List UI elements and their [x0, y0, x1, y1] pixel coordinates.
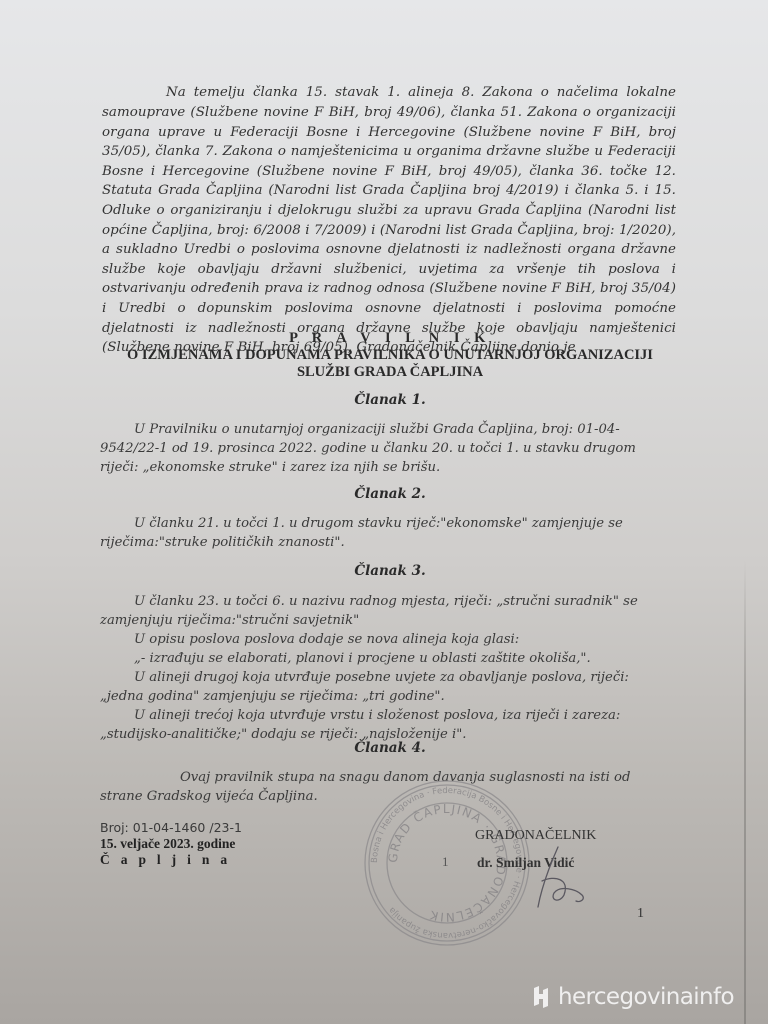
article-3-line: „- izrađuju se elaborati, planovi i proc…	[100, 649, 678, 668]
reference-number: Broj: 01-04-1460 /23-1	[100, 820, 242, 836]
signatory-title: GRADONAČELNIK	[475, 828, 596, 844]
title-subject-continued: SLUŽBI GRADA ČAPLJINA	[100, 364, 680, 381]
reference-block: Broj: 01-04-1460 /23-1 15. veljače 2023.…	[100, 820, 242, 868]
page-number: 1	[637, 906, 644, 922]
document-title: P R A V I L N I K O IZMJENAMA I DOPUNAMA…	[100, 330, 680, 381]
article-3-line: „jedna godina" zamjenjuju se riječima: „…	[100, 687, 678, 706]
article-3-text: U članku 23. u točci 6. u nazivu radnog …	[100, 592, 678, 744]
handwritten-signature-icon	[520, 845, 600, 925]
article-2-heading: Članak 2.	[100, 486, 680, 502]
article-2-line: riječima:"struke političkih znanosti".	[100, 533, 678, 552]
article-1-text: U Pravilniku o unutarnjoj organizaciji s…	[100, 420, 678, 477]
article-3-line: U alineji drugoj koja utvrđuje posebne u…	[100, 668, 678, 687]
watermark-brand: hercegovinainfo	[558, 984, 734, 1010]
article-3-line: U članku 23. u točci 6. u nazivu radnog …	[100, 592, 678, 611]
article-1-line: 9542/22-1 od 19. prosinca 2022. godine u…	[100, 439, 678, 458]
page-edge	[744, 560, 746, 1024]
article-2-line: U članku 21. u točci 1. u drugom stavku …	[100, 514, 678, 533]
document-page: Na temelju članka 15. stavak 1. alineja …	[0, 0, 768, 1024]
reference-place: Č a p l j i n a	[100, 852, 242, 868]
article-1-heading: Članak 1.	[100, 392, 680, 408]
reference-date: 15. veljače 2023. godine	[100, 836, 242, 852]
article-3-line: zamjenjuju riječima:"stručni savjetnik"	[100, 611, 678, 630]
article-3-line: U alineji trećoj koja utvrđuje vrstu i s…	[100, 706, 678, 725]
stamp-center-number: 1	[442, 854, 449, 870]
title-subject: O IZMJENAMA I DOPUNAMA PRAVILNIKA O UNUT…	[100, 347, 680, 364]
hercegovinainfo-logo-icon	[530, 985, 552, 1009]
article-2-text: U članku 21. u točci 1. u drugom stavku …	[100, 514, 678, 552]
article-3-line: U opisu poslova poslova dodaje se nova a…	[100, 630, 678, 649]
article-3-heading: Članak 3.	[100, 563, 680, 579]
article-4-heading: Članak 4.	[100, 740, 680, 756]
watermark: hercegovinainfo	[530, 984, 734, 1010]
title-pravilnik: P R A V I L N I K	[100, 330, 680, 347]
article-1-line: U Pravilniku o unutarnjoj organizaciji s…	[100, 420, 678, 439]
preamble-paragraph: Na temelju članka 15. stavak 1. alineja …	[102, 83, 676, 357]
article-1-line: riječi: „ekonomske struke" i zarez iza n…	[100, 458, 678, 477]
